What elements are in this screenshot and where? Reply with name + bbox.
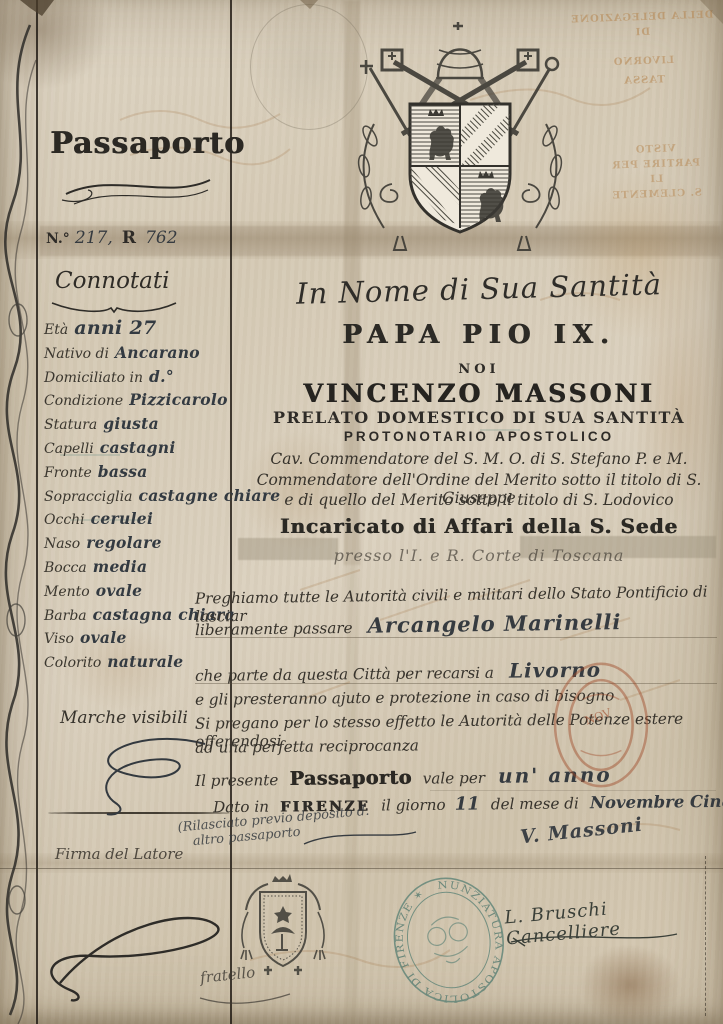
passaporto-flourish	[58, 170, 218, 216]
field-label: Condizione	[44, 393, 123, 409]
presso-line: presso l'I. e R. Corte di Toscana	[238, 546, 720, 565]
field-value: naturale	[107, 652, 183, 671]
passport-document: Passaporto N.° 217, R 762 Connotati Etàa…	[0, 0, 723, 1024]
field-label: Bocca	[44, 560, 87, 576]
firma-latore-label: Firma del Latore	[55, 845, 183, 863]
field-label: Mento	[44, 584, 90, 600]
issuer-name: VINCENZO MASSONI	[238, 379, 720, 408]
papal-coat-of-arms	[340, 16, 580, 256]
connotati-heading: Connotati	[55, 268, 169, 294]
field-row: Occhicerulei	[44, 508, 234, 532]
incaricato-line: Incaricato di Affari della S. Sede	[238, 514, 720, 538]
registration-ticks	[705, 856, 706, 1016]
field-value: ovale	[96, 581, 143, 600]
fratello-flourish	[196, 988, 296, 1010]
field-value: media	[93, 557, 148, 576]
field-row: Nativo diAncarano	[44, 342, 234, 366]
field-label: Naso	[44, 536, 80, 552]
arrival-stamp-red: NOV	[550, 658, 652, 796]
margin-calligraphy	[0, 0, 40, 1024]
register-value: 762	[145, 228, 177, 248]
field-row: Sopraccigliacastagne chiare	[44, 485, 234, 509]
bearer-name: Arcangelo Marinelli	[367, 609, 621, 638]
red-stamp-text: NOV	[583, 706, 614, 728]
giorno-label: il giorno	[381, 796, 446, 815]
field-row: Domiciliato ind.°	[44, 366, 234, 390]
field-value: bassa	[98, 462, 148, 481]
note-flourish	[300, 826, 420, 850]
chancellor-flourish	[505, 928, 685, 950]
field-value: Pizzicarolo	[129, 390, 228, 409]
papa-pio-title: PAPA PIO IX.	[238, 320, 720, 350]
field-row: Etàanni 27	[44, 318, 234, 342]
offset-line: LIVORNO	[568, 51, 718, 71]
offset-stamp-visto: VISTO PARTIRE PER LI S. CLEMENTE	[595, 140, 717, 204]
marche-visibili-label: Marche visibili	[60, 708, 188, 728]
field-label: Colorito	[44, 655, 101, 671]
field-label: Sopracciglia	[44, 489, 132, 505]
field-row: CondizionePizzicarolo	[44, 389, 234, 413]
field-label: Barba	[44, 608, 87, 624]
number-prefix: N.°	[46, 231, 70, 247]
field-label: Viso	[44, 631, 74, 647]
validity-prefix: Il presente	[195, 771, 278, 790]
field-label: Occhi	[44, 512, 85, 528]
passaporto-title: Passaporto	[50, 126, 245, 161]
field-row: Capellicastagni	[44, 437, 234, 461]
honor-line-1: Cav. Commendatore del S. M. O. di S. Ste…	[238, 450, 720, 468]
field-row: Frontebassa	[44, 461, 234, 485]
mese-label: del mese di	[491, 794, 579, 813]
issuer-title-1: PRELATO DOMESTICO DI SUA SANTITÀ	[238, 408, 720, 427]
field-row: Staturagiusta	[44, 413, 234, 437]
full-fold-rule	[0, 868, 723, 869]
field-value: Ancarano	[115, 343, 200, 362]
pen-flourish	[687, 665, 723, 678]
issuer-title-2: PROTONOTARIO APOSTOLICO	[238, 429, 720, 444]
pen-flourish	[191, 233, 261, 245]
register-prefix: R	[122, 228, 136, 248]
oval-stamp-text: NUNZIATURA APOSTOLICA DI FIRENZE ✶	[383, 870, 515, 1014]
number-value: 217,	[75, 228, 113, 248]
validity-passaporto: Passaporto	[289, 767, 411, 790]
honor-line-3: e di quello del Merito sotto il titolo d…	[238, 491, 720, 509]
field-value: castagni	[100, 438, 176, 457]
field-value: cerulei	[91, 509, 153, 528]
field-label: Domiciliato in	[44, 370, 143, 386]
field-value: giusta	[103, 414, 159, 433]
day-value: 11	[455, 793, 480, 814]
destination-prefix: che parte da questa Città per recarsi a	[195, 664, 494, 685]
field-label: Capelli	[44, 441, 94, 457]
bearer-prefix: liberamente passare	[195, 619, 353, 639]
svg-text:NUNZIATURA APOSTOLICA DI FIREN: NUNZIATURA APOSTOLICA DI FIRENZE ✶	[383, 870, 515, 1014]
torn-edge-marks	[0, 0, 723, 40]
passport-number-line: N.° 217, R 762	[46, 228, 261, 248]
validity-mid: vale per	[423, 769, 485, 788]
field-value: d.°	[149, 367, 174, 386]
field-row: Nasoregolare	[44, 532, 234, 556]
field-label: Età	[44, 322, 68, 338]
field-label: Nativo di	[44, 346, 109, 362]
field-row: Boccamedia	[44, 556, 234, 580]
field-label: Fronte	[44, 465, 92, 481]
noi-label: NOI	[238, 362, 720, 377]
pen-flourish	[634, 617, 714, 630]
field-value: anni 27	[74, 317, 156, 339]
pen-flourish	[708, 770, 723, 783]
field-value: ovale	[80, 628, 127, 647]
connotati-bracket	[48, 300, 180, 316]
field-label: Statura	[44, 417, 97, 433]
field-value: regolare	[86, 533, 162, 552]
